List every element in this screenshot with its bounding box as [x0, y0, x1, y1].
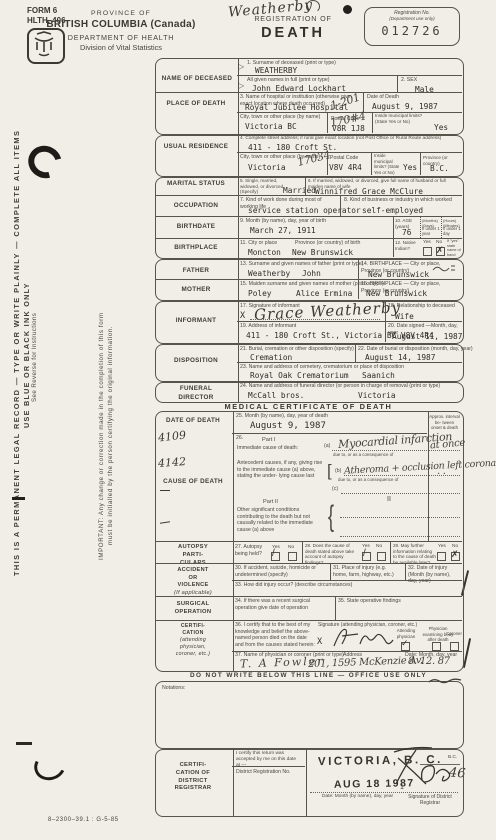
- bracket-glyph: [: [327, 461, 332, 481]
- department-label: DEPARTMENT OF HEALTH: [40, 33, 202, 42]
- margin-ink-text: USE BLUE OR BLACK INK ONLY: [22, 282, 31, 428]
- ink-blob: [22, 140, 67, 185]
- disposition-method-value: Cremation: [250, 353, 292, 362]
- death-limits-value: Yes: [434, 123, 448, 132]
- disposition-place-label: 23. Name and address of cemetery, cremat…: [240, 364, 404, 371]
- residence-postal-label: Postal Code: [330, 155, 358, 162]
- work-value: service station operator: [248, 206, 361, 215]
- ink-scribble: [432, 263, 456, 273]
- q27-label: 27. Autopsy being held?: [235, 544, 273, 557]
- q27-no-checkbox: [288, 552, 297, 561]
- notations-box: Notations:: [155, 681, 464, 749]
- notations-label: Notations:: [162, 685, 463, 692]
- birthplace-city-label: 11. City or place: [240, 240, 277, 247]
- q28-no-label: No: [376, 544, 382, 550]
- birthdate-label: 9. Month (by name), day, year of birth: [240, 218, 326, 225]
- do-not-write-label: DO NOT WRITE BELOW THIS LINE — OFFICE US…: [155, 672, 462, 679]
- certification-side-label1: CERTIFI-: [157, 623, 229, 630]
- date-of-death-value: August 9, 1987: [372, 102, 438, 111]
- mother-surname-value: Poley: [248, 289, 271, 298]
- q28-no-checkbox: [377, 552, 386, 561]
- ink-blob2: [30, 747, 70, 784]
- margin-important-text: IMPORTANT: Any change or correction made…: [98, 312, 105, 560]
- q29-no-mark: ✗: [451, 550, 459, 559]
- funeral-name-value: McCall bros.: [248, 391, 304, 400]
- death-title: DEATH: [238, 25, 348, 41]
- father-given-value: John: [302, 269, 321, 278]
- scanned-death-certificate: { "header": { "form_no_line1": "FORM 6",…: [0, 0, 496, 840]
- birthplace-city-value: Moncton: [248, 248, 281, 257]
- surgical-side-label1: SURGICAL: [157, 601, 229, 609]
- ink-squiggle: [428, 677, 462, 685]
- given-names-label: All given names in full (print or type): [247, 77, 329, 84]
- province-of-label: PROVINCE OF: [40, 10, 202, 17]
- date-of-death-side-label: DATE OF DEATH: [157, 417, 229, 426]
- death-city-label: City, town or other place (by name): [240, 114, 320, 121]
- father-surname-value: Weatherby: [248, 269, 290, 278]
- date37-handwritten: 8. 12. 87: [408, 656, 450, 667]
- father-birthplace-value: New Brunswick: [368, 270, 429, 279]
- part2-label: Part II: [263, 499, 278, 506]
- accident-side-label2: OR: [157, 575, 229, 583]
- coroner-checkbox: [450, 642, 459, 651]
- q28-yes-mark: /: [363, 549, 366, 559]
- funeral-name-label: 24. Name and address of funeral director…: [240, 383, 460, 390]
- birthdate-value: March 27, 1911: [250, 226, 316, 235]
- ink-dot: [343, 5, 352, 14]
- given-names-value: John Edward Lockhart: [252, 84, 346, 93]
- mother-side-label: MOTHER: [157, 286, 235, 295]
- registrar-signature-label: Signature of District Registrar: [398, 794, 462, 807]
- medical-date-label: 25. Month (by name), day, year of death: [236, 413, 328, 420]
- accident-side-label3: VIOLENCE: [157, 582, 229, 590]
- certification-side-label3: (attending: [157, 637, 229, 644]
- margin-important-text2: must be initialled by the person certify…: [107, 326, 114, 545]
- q35-label: 35. State operative findings: [338, 598, 458, 605]
- registration-of-label: REGISTRATION OF: [238, 14, 348, 23]
- informant-x-mark: X: [240, 311, 245, 321]
- physician-x-mark: X: [317, 637, 322, 647]
- q36-label: 36. I certify that to the best of my kno…: [235, 622, 315, 648]
- under-year-label: If under 1 year: [422, 226, 440, 237]
- death-limits-label: Inside municipal limits? (State Yes or N…: [375, 113, 423, 124]
- interval-header: Approx. interval be- tween onset & death: [429, 414, 460, 431]
- ink-dash3: [160, 490, 170, 491]
- residence-postal-value: V8V 4R4: [329, 163, 362, 172]
- british-columbia-title: BRITISH COLUMBIA (Canada): [40, 19, 202, 30]
- division-label: Division of Vital Statistics: [40, 43, 202, 52]
- pointer-icon: ▷: [238, 81, 244, 90]
- relationship-value: Wife: [395, 312, 414, 321]
- mother-given-value: Alice Ermina: [296, 289, 352, 298]
- due-to-label-a: due to, or as a consequence of: [333, 452, 393, 458]
- name-of-deceased-side-label: NAME OF DECEASED: [158, 75, 236, 84]
- cause-a-label: (a): [324, 443, 330, 450]
- certification-side-label2: CATION: [157, 630, 229, 637]
- coroner-label: Coroner: [446, 631, 462, 637]
- native-yes-checkbox: [423, 247, 432, 256]
- registration-no-value: 012726: [365, 24, 459, 38]
- form-code: 8–2300–39.1 : G-5-85: [48, 817, 119, 823]
- death-postal-label: Postal Code: [331, 116, 359, 123]
- death-city-value: Victoria BC: [245, 122, 297, 131]
- q33-label: 33. How did injury occur? (describe circ…: [235, 582, 455, 589]
- residence-limits-value: Yes: [403, 163, 417, 172]
- disposition-method-label: 21. Burial, cremation or other dispositi…: [240, 346, 354, 353]
- autopsy-side-label1: AUTOPSY: [157, 544, 229, 552]
- due-to-label-b: due to, or as a consequence of: [338, 477, 398, 483]
- usual-residence-side-label: USUAL RESIDENCE: [157, 143, 235, 152]
- father-name-label: 13. Surname and given names of father (p…: [240, 261, 363, 268]
- item-26-number: 26.: [236, 435, 243, 442]
- pointer-icon: ▷: [238, 62, 244, 71]
- father-side-label: FATHER: [157, 267, 235, 276]
- residence-province-value: B.C.: [430, 164, 449, 173]
- street-label: 4. Complete street address; if rural giv…: [240, 136, 455, 142]
- band-name-label: If "yes" state name of band: [447, 239, 462, 258]
- disposition-date-label: 22. Date of burial or disposition (month…: [358, 346, 473, 353]
- examining-physician-checkbox: [432, 642, 441, 651]
- q30-label: 30. If accident, suicide, homicide or un…: [235, 565, 323, 578]
- surgical-side-label2: OPERATION: [157, 609, 229, 617]
- registrar-signature: [392, 744, 458, 790]
- q29-yes-label: Yes: [438, 544, 446, 550]
- funeral-city-value: Victoria: [358, 391, 396, 400]
- district-registration-no-label: District Registration No.: [236, 769, 296, 776]
- native-yes-label: Yes: [423, 240, 431, 246]
- birthplace-side-label: BIRTHPLACE: [157, 244, 235, 253]
- date-of-death-label: Date of Death: [367, 94, 399, 101]
- antecedent-label: Antecedent causes, if any, giving rise t…: [237, 460, 323, 480]
- ink-dash: [12, 497, 25, 500]
- immediate-cause-label: Immediate cause of death:: [237, 445, 317, 452]
- birthdate-side-label: BIRTHDATE: [157, 223, 235, 232]
- physician-signature: [328, 624, 394, 650]
- registrar-date-label: Date: Month (by name), day, year: [322, 794, 393, 800]
- registrar-side-label2: CATION OF: [157, 770, 229, 778]
- disposition-place-city-value: Saanich: [362, 371, 395, 380]
- certification-side-label4: physician,: [157, 644, 229, 651]
- disposition-place-value: Royal Oak Crematorium: [250, 371, 349, 380]
- cause-of-death-side-label: CAUSE OF DEATH: [157, 478, 229, 487]
- registrar-side-label1: CERTIFI-: [157, 762, 229, 770]
- informant-side-label: INFORMANT: [157, 317, 235, 326]
- medical-date-value: August 9, 1987: [250, 421, 326, 431]
- funeral-side-label2: DIRECTOR: [157, 394, 235, 403]
- place-of-death-side-label: PLACE OF DEATH: [157, 100, 235, 109]
- margin-reverse-text: See Reverse for Instructions: [31, 313, 38, 402]
- mother-birthplace-value: New Brunswick: [366, 289, 427, 298]
- q27-no-label: No: [288, 545, 294, 551]
- q34-label: 34. If there was a recent surgical opera…: [235, 598, 327, 611]
- occupation-side-label: OCCUPATION: [157, 202, 235, 211]
- q27-yes-mark: /: [272, 549, 275, 559]
- registrar-side-label4: REGISTRAR: [157, 785, 229, 793]
- sex-value: Male: [415, 85, 434, 94]
- native-indian-label: 12. Native Indian?: [395, 240, 421, 251]
- registration-no-sublabel: (Department use only): [365, 16, 459, 21]
- part2-description-label: Other significant conditions contributin…: [237, 507, 325, 533]
- margin-code-2: 4142: [158, 455, 187, 470]
- industry-label: 8. Kind of business or industry in which…: [344, 197, 454, 204]
- ink-slash2: [463, 638, 471, 668]
- cause-b-label: (b): [335, 468, 341, 475]
- q31-label: 31. Place of injury (e.g. home, farm, hi…: [333, 565, 401, 578]
- medical-certificate-header: MEDICAL CERTIFICATE OF DEATH: [155, 402, 462, 411]
- brace-glyph: {: [328, 500, 334, 534]
- native-no-checkmark: ✗: [436, 246, 444, 255]
- birthplace-province-label: Province (or country) of birth: [295, 240, 360, 247]
- autopsy-side-label2: PARTI-: [157, 552, 229, 560]
- q29-yes-checkbox: [437, 552, 446, 561]
- registrar-side-label3: DISTRICT: [157, 778, 229, 786]
- margin-permanent-record-text: THIS IS A PERMANENT LEGAL RECORD — TYPE …: [12, 130, 21, 576]
- age-value: 76: [402, 228, 411, 237]
- industry-value: self-employed: [362, 206, 423, 215]
- relationship-label: 18. Relationship to deceased: [388, 303, 455, 310]
- ink-dash2: [16, 742, 32, 745]
- informant-address-label: 19. Address of informant: [240, 323, 296, 330]
- disposition-date-value: August 14, 1987: [365, 353, 435, 362]
- cause-c-label: (c): [332, 486, 338, 493]
- certification-side-label5: coroner, etc.): [157, 651, 229, 658]
- disposition-side-label: DISPOSITION: [157, 357, 235, 366]
- informant-date-value: August 11, 1987: [392, 332, 462, 341]
- residence-limits-label: Inside municipal limits? (State Yes or N…: [374, 153, 404, 175]
- attending-physician-mark: ✓: [401, 639, 409, 648]
- marital-status-side-label: MARITAL STATUS: [157, 180, 235, 189]
- accident-side-label1: ACCIDENT: [157, 567, 229, 575]
- residence-city-value: Victoria: [248, 163, 286, 172]
- part1-label: Part I: [262, 437, 275, 444]
- sex-label: 2. SEX: [401, 77, 417, 84]
- birthplace-province-value: New Brunswick: [292, 248, 353, 257]
- surname-value: WEATHERBY: [255, 66, 297, 75]
- funeral-side-label1: FUNERAL: [157, 385, 235, 394]
- death-postal-value: V8R 1J8: [332, 124, 365, 133]
- under-day-label: If under 1 day: [443, 226, 461, 237]
- part2-handwritten-mark: II: [387, 496, 391, 503]
